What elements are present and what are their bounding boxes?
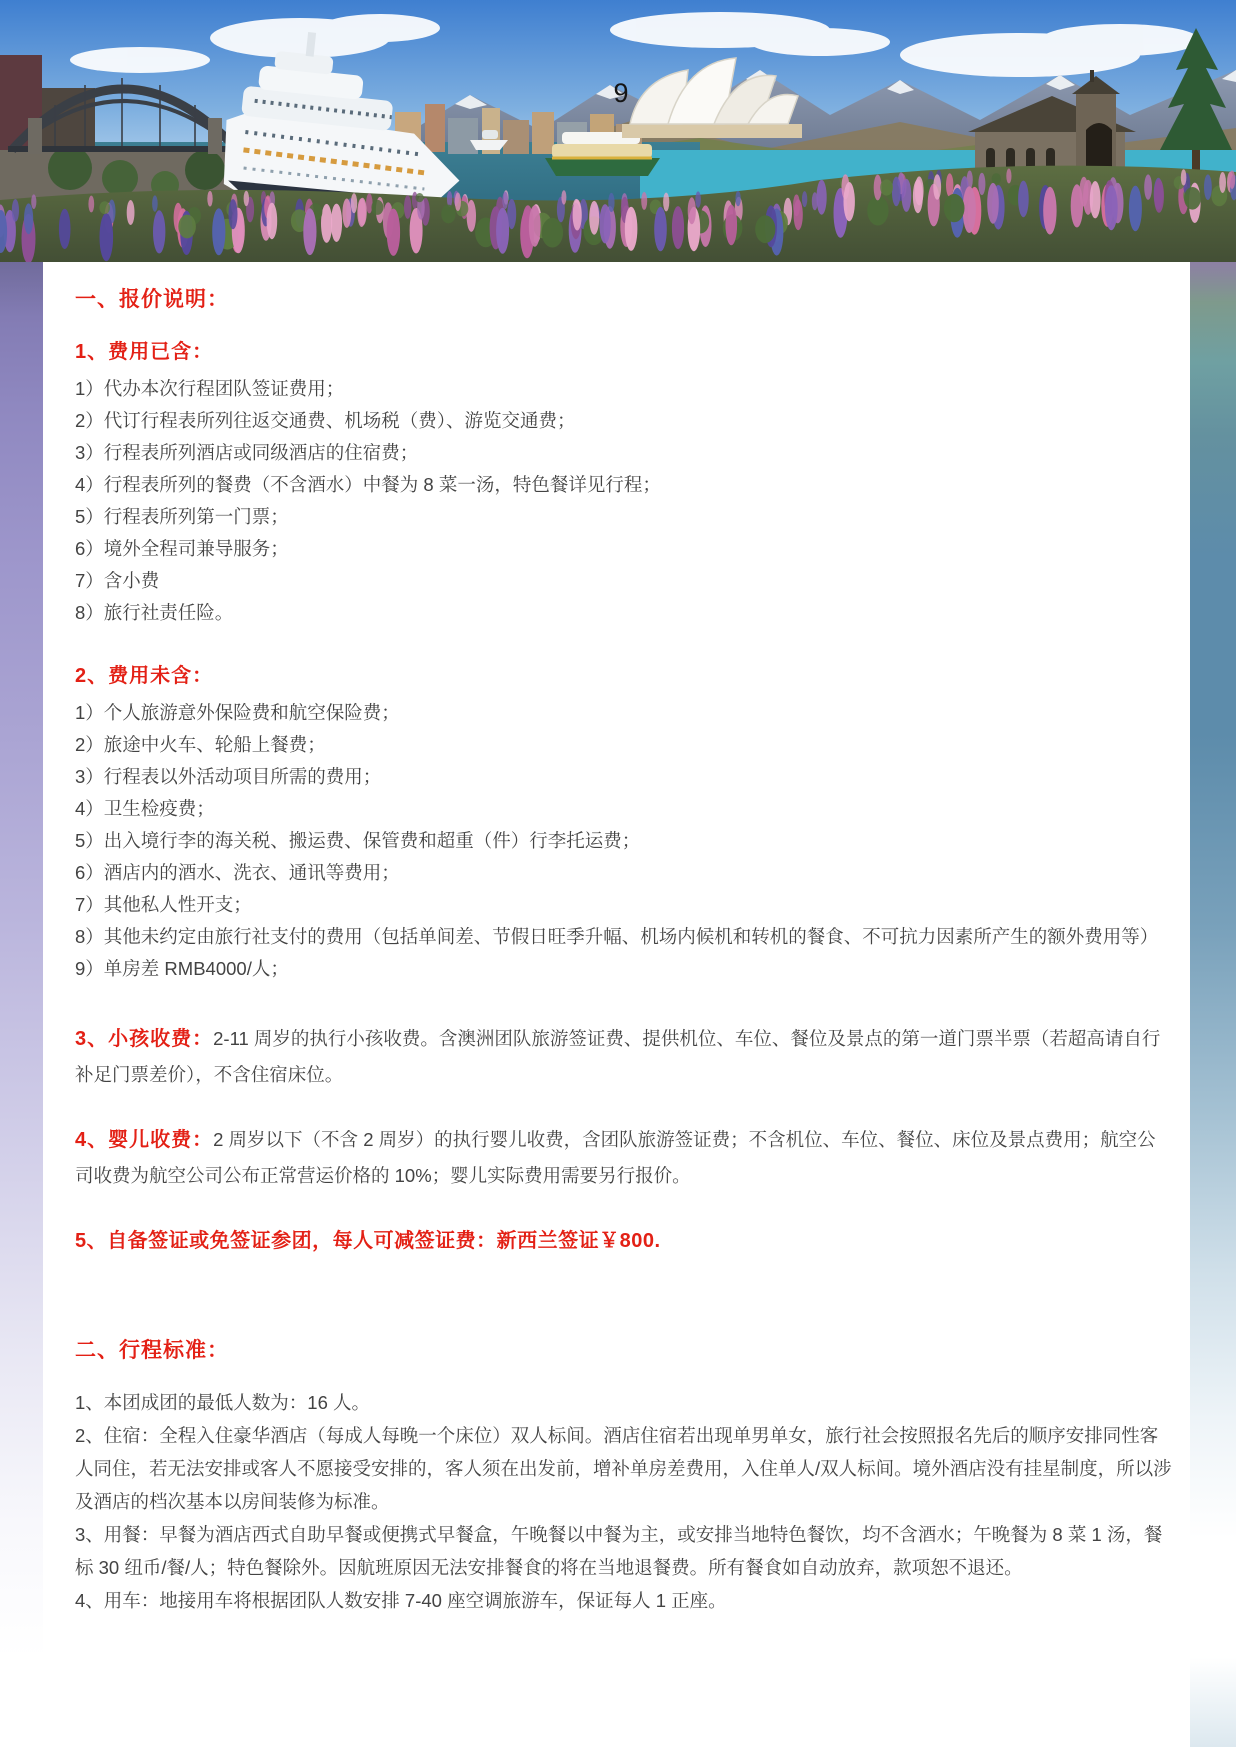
list-item: 8）旅行社责任险。 (75, 597, 1172, 629)
list-item: 2、住宿：全程入住豪华酒店（每成人每晚一个床位）双人标间。酒店住宿若出现单男单女… (75, 1419, 1172, 1518)
itinerary-standard-list: 1、本团成团的最低人数为：16 人。 2、住宿：全程入住豪华酒店（每成人每晚一个… (75, 1386, 1172, 1617)
section-title-itinerary-standard: 二、行程标准： (75, 1337, 1172, 1364)
section-title-quote-notes: 一、报价说明： (75, 286, 1172, 313)
right-margin-art (1190, 258, 1236, 1747)
list-item: 6）酒店内的酒水、洗衣、通讯等费用； (75, 857, 1172, 889)
list-item: 7）其他私人性开支； (75, 889, 1172, 921)
list-item: 2）代订行程表所列往返交通费、机场税（费）、游览交通费； (75, 405, 1172, 437)
list-item: 6）境外全程司兼导服务； (75, 533, 1172, 565)
list-item: 2）旅途中火车、轮船上餐费； (75, 729, 1172, 761)
list-item: 3、用餐：早餐为酒店西式自助早餐或便携式早餐盒，午晚餐以中餐为主，或安排当地特色… (75, 1518, 1172, 1584)
infant-fee-label: 4、婴儿收费： (75, 1129, 213, 1151)
infant-fee-text: 2 周岁以下（不含 2 周岁）的执行婴儿收费，含团队旅游签证费；不含机位、车位、… (75, 1129, 1156, 1186)
fees-excluded-list: 1）个人旅游意外保险费和航空保险费； 2）旅途中火车、轮船上餐费； 3）行程表以… (75, 697, 1172, 985)
left-margin-art (0, 258, 43, 1747)
scenery-collage-graphic (0, 0, 1236, 262)
page-number: 9 (606, 80, 636, 107)
list-item: 1）代办本次行程团队签证费用； (75, 373, 1172, 405)
list-item: 5）出入境行李的海关税、搬运费、保管费和超重（件）行李托运费； (75, 825, 1172, 857)
subsection-title-fees-excluded: 2、费用未含： (75, 663, 1172, 689)
list-item: 4、用车：地接用车将根据团队人数安排 7-40 座空调旅游车，保证每人 1 正座… (75, 1584, 1172, 1617)
list-item: 4）卫生检疫费； (75, 793, 1172, 825)
list-item: 1、本团成团的最低人数为：16 人。 (75, 1386, 1172, 1419)
list-item: 7）含小费 (75, 565, 1172, 597)
list-item: 8）其他未约定由旅行社支付的费用（包括单间差、节假日旺季升幅、机场内候机和转机的… (75, 921, 1172, 953)
child-fee-text: 2-11 周岁的执行小孩收费。含澳洲团队旅游签证费、提供机位、车位、餐位及景点的… (75, 1028, 1160, 1085)
child-fee-note: 3、小孩收费：2-11 周岁的执行小孩收费。含澳洲团队旅游签证费、提供机位、车位… (75, 1021, 1172, 1092)
infant-fee-note: 4、婴儿收费：2 周岁以下（不含 2 周岁）的执行婴儿收费，含团队旅游签证费；不… (75, 1122, 1172, 1193)
fees-included-list: 1）代办本次行程团队签证费用； 2）代订行程表所列往返交通费、机场税（费）、游览… (75, 373, 1172, 629)
page: 9 一、报价说明： 1、费用已含： 1）代办本次行程团队签证费用； 2）代订行程… (0, 0, 1236, 1747)
list-item: 4）行程表所列的餐费（不含酒水）中餐为 8 菜一汤，特色餐详见行程； (75, 469, 1172, 501)
visa-discount-note: 5、自备签证或免签证参团，每人可减签证费：新西兰签证￥800. (75, 1227, 1172, 1255)
hero-collage: 9 (0, 0, 1236, 262)
list-item: 5）行程表所列第一门票； (75, 501, 1172, 533)
list-item: 3）行程表以外活动项目所需的费用； (75, 761, 1172, 793)
list-item: 9）单房差 RMB4000/人； (75, 953, 1172, 985)
subsection-title-fees-included: 1、费用已含： (75, 339, 1172, 365)
child-fee-label: 3、小孩收费： (75, 1028, 213, 1050)
list-item: 1）个人旅游意外保险费和航空保险费； (75, 697, 1172, 729)
list-item: 3）行程表所列酒店或同级酒店的住宿费； (75, 437, 1172, 469)
document-body: 一、报价说明： 1、费用已含： 1）代办本次行程团队签证费用； 2）代订行程表所… (43, 262, 1190, 1747)
